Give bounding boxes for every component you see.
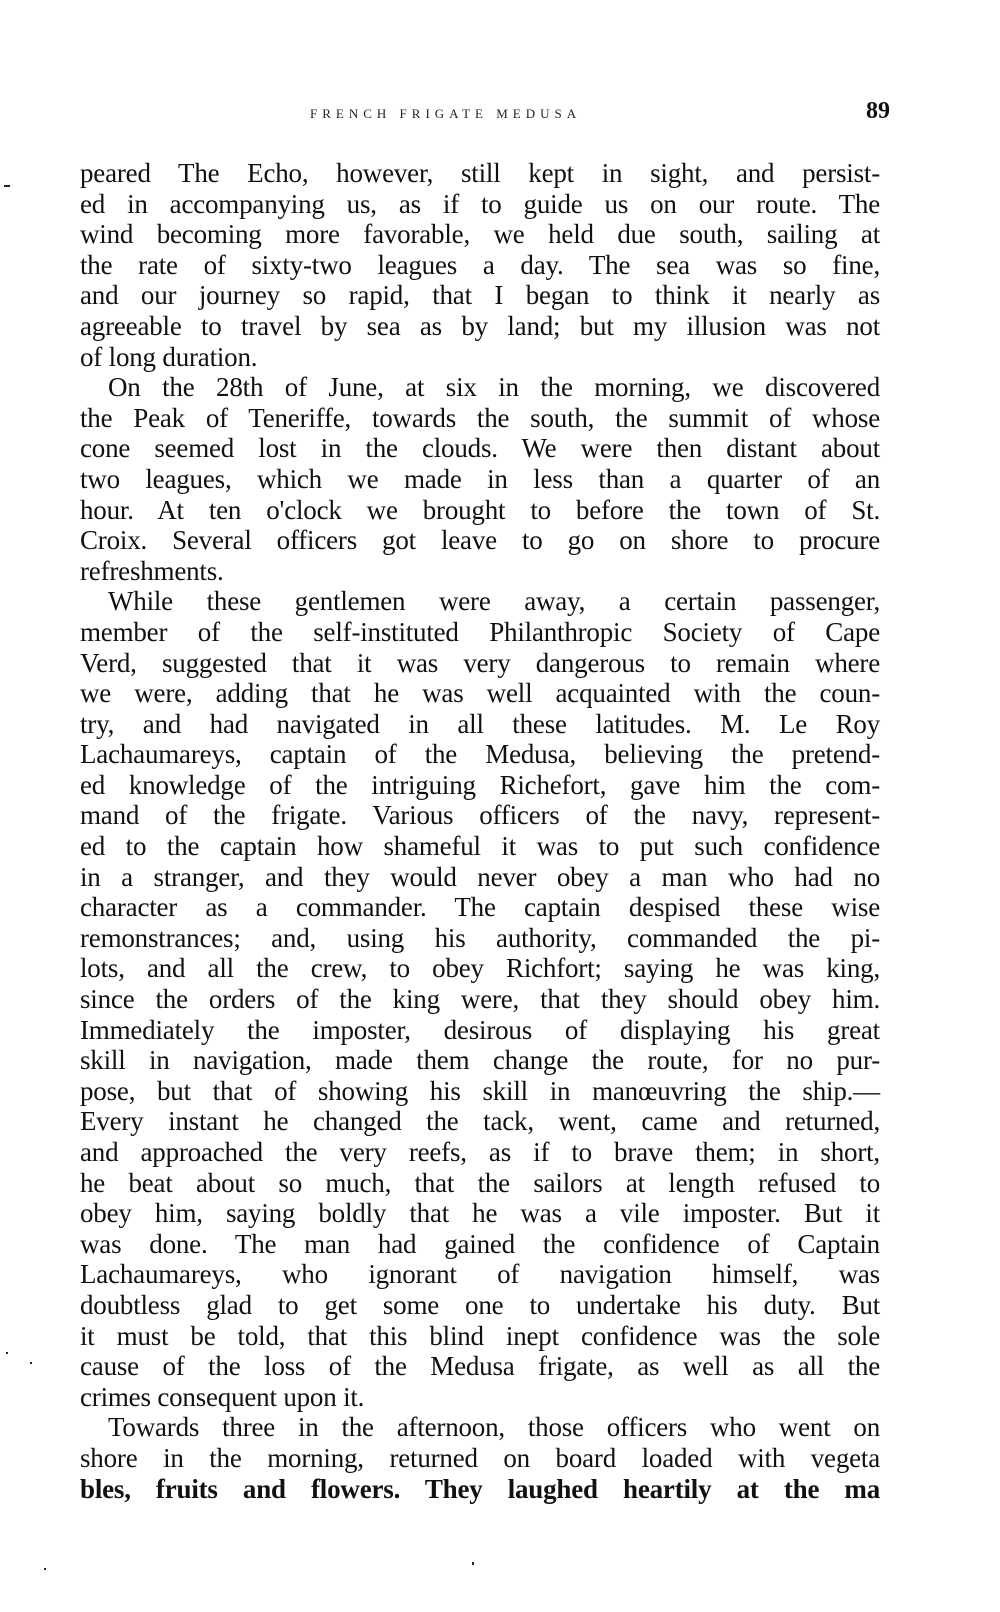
text-line: Every instant he changed the tack, went,… [80, 1106, 880, 1137]
text-line: ed knowledge of the intriguing Richefort… [80, 770, 880, 801]
text-line: While these gentlemen were away, a certa… [80, 586, 880, 617]
text-line: skill in navigation, made them change th… [80, 1045, 880, 1076]
text-line: ed in accompanying us, as if to guide us… [80, 189, 880, 220]
text-line: Lachaumareys, who ignorant of navigation… [80, 1259, 880, 1290]
text-line: he beat about so much, that the sailors … [80, 1168, 880, 1199]
text-line: obey him, saying boldly that he was a vi… [80, 1198, 880, 1229]
text-line: since the orders of the king were, that … [80, 984, 880, 1015]
text-line: try, and had navigated in all these lati… [80, 709, 880, 740]
text-line: character as a commander. The captain de… [80, 892, 880, 923]
text-line: hour. At ten o'clock we brought to befor… [80, 495, 880, 526]
text-line: the rate of sixty-two leagues a day. The… [80, 250, 880, 281]
body-text: peared The Echo, however, still kept in … [80, 158, 880, 1504]
text-line: crimes consequent upon it. [80, 1382, 880, 1413]
margin-mark [44, 1568, 46, 1570]
text-line: Lachaumareys, captain of the Medusa, bel… [80, 739, 880, 770]
text-line: two leagues, which we made in less than … [80, 464, 880, 495]
text-line: ed to the captain how shameful it was to… [80, 831, 880, 862]
text-line: bles, fruits and flowers. They laughed h… [80, 1474, 880, 1505]
text-line: Verd, suggested that it was very dangero… [80, 648, 880, 679]
text-line: and approached the very reefs, as if to … [80, 1137, 880, 1168]
text-line: lots, and all the crew, to obey Richfort… [80, 953, 880, 984]
text-line: shore in the morning, returned on board … [80, 1443, 880, 1474]
text-line: Immediately the imposter, desirous of di… [80, 1015, 880, 1046]
text-line: was done. The man had gained the confide… [80, 1229, 880, 1260]
text-line: remonstrances; and, using his authority,… [80, 923, 880, 954]
text-line: On the 28th of June, at six in the morni… [80, 372, 880, 403]
margin-mark [472, 1562, 474, 1565]
page-header: FRENCH FRIGATE MEDUSA 89 [0, 104, 1000, 134]
running-title: FRENCH FRIGATE MEDUSA [310, 106, 581, 122]
text-line: Towards three in the afternoon, those of… [80, 1412, 880, 1443]
text-line: of long duration. [80, 342, 880, 373]
text-line: cause of the loss of the Medusa frigate,… [80, 1351, 880, 1382]
text-line: Croix. Several officers got leave to go … [80, 525, 880, 556]
text-line: in a stranger, and they would never obey… [80, 862, 880, 893]
text-line: member of the self-instituted Philanthro… [80, 617, 880, 648]
text-line: agreeable to travel by sea as by land; b… [80, 311, 880, 342]
text-line: and our journey so rapid, that I began t… [80, 280, 880, 311]
text-line: pose, but that of showing his skill in m… [80, 1076, 880, 1107]
text-line: cone seemed lost in the clouds. We were … [80, 433, 880, 464]
text-line: wind becoming more favorable, we held du… [80, 219, 880, 250]
margin-mark [4, 185, 10, 187]
margin-mark [30, 1362, 32, 1364]
margin-mark [6, 1352, 8, 1354]
text-line: the Peak of Teneriffe, towards the south… [80, 403, 880, 434]
text-line: refreshments. [80, 556, 880, 587]
text-line: it must be told, that this blind inept c… [80, 1321, 880, 1352]
text-line: mand of the frigate. Various officers of… [80, 800, 880, 831]
text-line: doubtless glad to get some one to undert… [80, 1290, 880, 1321]
text-line: peared The Echo, however, still kept in … [80, 158, 880, 189]
page-number: 89 [866, 98, 890, 125]
text-line: we were, adding that he was well acquain… [80, 678, 880, 709]
